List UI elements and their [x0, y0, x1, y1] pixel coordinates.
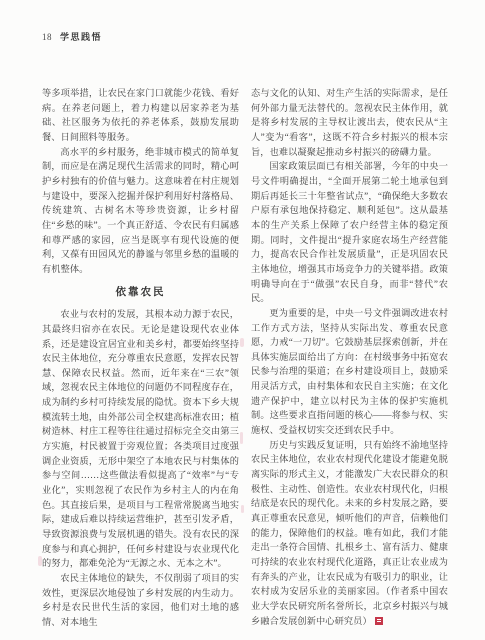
paragraph: 国家政策层面已有相关部署，今年的中央一号文件明确提出，“全面开展第二轮土地承包到…	[251, 159, 448, 306]
paragraph-text: 历史与实践反复证明，只有始终不渝地坚持农民主体地位，农业农村现代化建设才能避免脱…	[251, 440, 448, 626]
section-name: 学思践悟	[60, 30, 102, 43]
right-column: 态与文化的认知、对生产生活的实际需求，是任何外部力量无法替代的。忽视农民主体作用…	[251, 86, 448, 630]
magazine-page: 18 学思践悟 等多项举措，让农民在家门口就能少花钱、看好病。在养老问题上，着力…	[0, 0, 485, 640]
article-body: 等多项举措，让农民在家门口就能少花钱、看好病。在养老问题上，着力构建以居家养老为…	[42, 86, 448, 630]
paragraph-continuation: 等多项举措，让农民在家门口就能少花钱、看好病。在养老问题上，着力构建以居家养老为…	[42, 86, 239, 145]
section-heading: 依靠农民	[42, 286, 239, 301]
page-header: 18 学思践悟	[42, 30, 448, 42]
article-end-mark-icon	[375, 617, 383, 625]
paragraph: 农业与农村的发展，其根本动力源于农民，其最终归宿亦在农民。无论是建设现代农业体系…	[42, 307, 239, 571]
paragraph-continuation: 态与文化的认知、对生产生活的实际需求，是任何外部力量无法替代的。忽视农民主体作用…	[251, 86, 448, 159]
paragraph: 更为重要的是，中央一号文件强调改进农村工作方式方法，坚持从实际出发、尊重农民意愿…	[251, 306, 448, 438]
paragraph-closing: 历史与实践反复证明，只有始终不渝地坚持农民主体地位，农业农村现代化建设才能避免脱…	[251, 438, 448, 629]
paragraph: 农民主体地位的缺失，不仅削弱了项目的实效性，更深层次地侵蚀了乡村发展的内生动力。…	[42, 571, 239, 630]
paragraph: 高水平的乡村服务，绝非城市模式的简单复制，而应是在满足现代生活需求的同时，精心呵…	[42, 145, 239, 277]
page-number: 18	[42, 32, 52, 42]
left-column: 等多项举措，让农民在家门口就能少花钱、看好病。在养老问题上，着力构建以居家养老为…	[42, 86, 239, 630]
